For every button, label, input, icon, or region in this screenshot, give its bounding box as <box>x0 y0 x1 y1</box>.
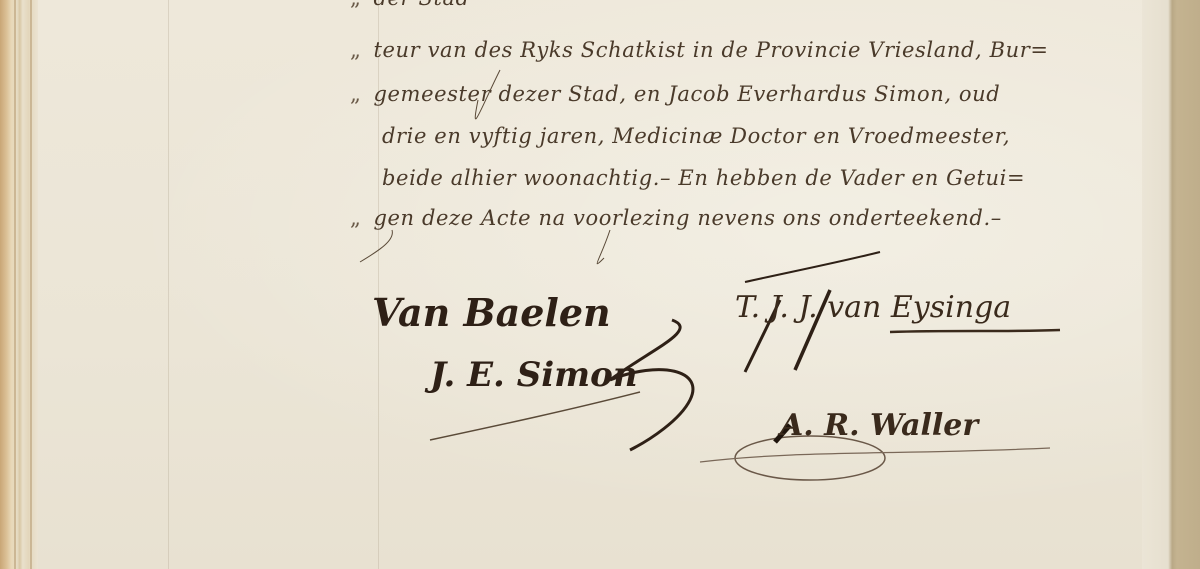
margin-rule <box>168 0 169 569</box>
signature-van-eysinga: T. J. J. van Eysinga <box>735 290 1011 325</box>
body-line-text: drie en vyftig jaren, Medicinæ Doctor en… <box>382 124 1010 148</box>
signature-waller: A. R. Waller <box>780 408 978 443</box>
body-line-text: gemeester dezer Stad, en Jacob Everhardu… <box>373 82 1000 106</box>
right-page-edge <box>1142 0 1200 569</box>
body-line-text: beide alhier woonachtig.– En hebben de V… <box>382 166 1025 190</box>
body-line: „gemeester dezer Stad, en Jacob Everhard… <box>350 82 1000 106</box>
body-line: „der Stad <box>350 0 470 10</box>
binding-fold-line <box>30 0 32 569</box>
ditto-mark: „ <box>350 0 361 10</box>
signature-simon: J. E. Simon <box>430 355 638 395</box>
ditto-mark: „ <box>350 38 361 62</box>
body-line: „teur van des Ryks Schatkist in de Provi… <box>350 38 1049 62</box>
body-line: drie en vyftig jaren, Medicinæ Doctor en… <box>382 124 1010 148</box>
signature-van-baelen: Van Baelen <box>372 290 611 335</box>
body-line: „gen deze Acte na voorlezing nevens ons … <box>350 206 1002 230</box>
left-binding-edge <box>0 0 38 569</box>
body-line-text: teur van des Ryks Schatkist in de Provin… <box>373 38 1048 62</box>
document-page: „der Stad „teur van des Ryks Schatkist i… <box>0 0 1200 569</box>
body-line-text: gen deze Acte na voorlezing nevens ons o… <box>373 206 1001 230</box>
ditto-mark: „ <box>350 82 361 106</box>
body-line-text: der Stad <box>373 0 469 10</box>
binding-fold-line <box>14 0 16 569</box>
ditto-mark: „ <box>350 206 361 230</box>
body-line: beide alhier woonachtig.– En hebben de V… <box>382 166 1025 190</box>
